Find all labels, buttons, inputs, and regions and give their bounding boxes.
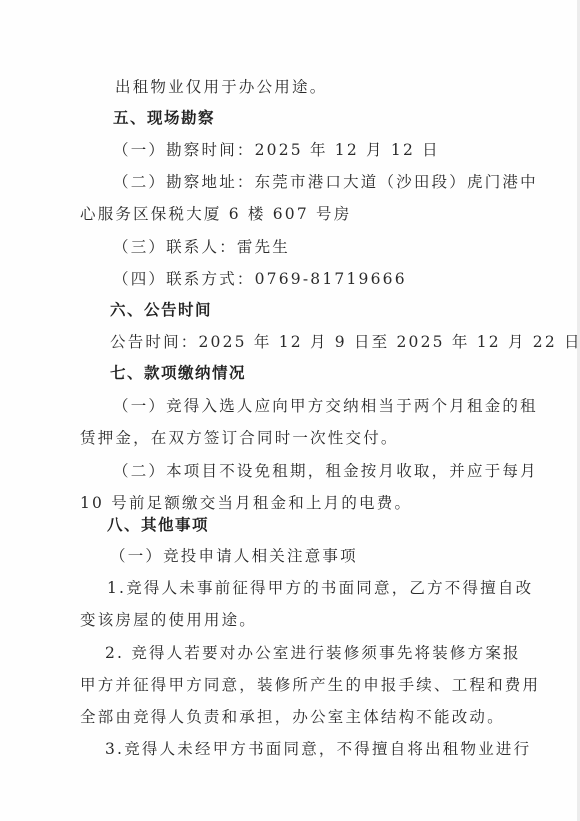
section-heading-payment: 七、款项缴纳情况 [110, 363, 246, 383]
body-line-note-3: 3.竞得人未经甲方书面同意，不得擅自将出租物业进行 [105, 739, 531, 759]
body-line-contact-person: （三）联系人：雷先生 [113, 237, 290, 257]
body-line-note-2-cont2: 全部由竞得人负责和承担，办公室主体结构不能改动。 [80, 707, 505, 727]
body-line-announcement-period: 公告时间：2025 年 12 月 9 日至 2025 年 12 月 22 日 [110, 332, 580, 352]
document-page: 出租物业仅用于办公用途。 五、现场勘察 （一）勘察时间：2025 年 12 月 … [0, 0, 580, 821]
section-heading-announcement-period: 六、公告时间 [110, 300, 212, 320]
body-line-note-1-cont: 变该房屋的使用用途。 [80, 610, 257, 630]
body-line-property-use: 出租物业仅用于办公用途。 [115, 77, 327, 97]
section-heading-site-inspection: 五、现场勘察 [113, 108, 215, 128]
section-heading-other-matters: 八、其他事项 [107, 515, 209, 535]
body-line-rent-terms-cont: 10 号前足额缴交当月租金和上月的电费。 [80, 493, 412, 513]
body-line-contact-phone: （四）联系方式：0769-81719666 [113, 269, 407, 289]
body-line-note-1: 1.竞得人未事前征得甲方的书面同意，乙方不得擅自改 [107, 578, 533, 598]
body-line-note-2: 2. 竞得人若要对办公室进行装修须事先将装修方案报 [105, 643, 521, 663]
body-line-note-2-cont: 甲方并征得甲方同意，装修所产生的申报手续、工程和费用 [80, 675, 540, 695]
body-line-inspection-address: （二）勘察地址：东莞市港口大道（沙田段）虎门港中 [113, 172, 538, 192]
body-line-rent-terms: （二）本项目不设免租期，租金按月收取，并应于每月 [113, 461, 538, 481]
body-line-bidder-notes: （一）竞投申请人相关注意事项 [110, 546, 358, 566]
body-line-deposit-cont: 赁押金，在双方签订合同时一次性交付。 [80, 428, 399, 448]
body-line-inspection-time: （一）勘察时间：2025 年 12 月 12 日 [113, 140, 440, 160]
body-line-inspection-address-cont: 心服务区保税大厦 6 楼 607 号房 [80, 204, 351, 224]
body-line-deposit: （一）竞得入选人应向甲方交纳相当于两个月租金的租 [113, 396, 538, 416]
